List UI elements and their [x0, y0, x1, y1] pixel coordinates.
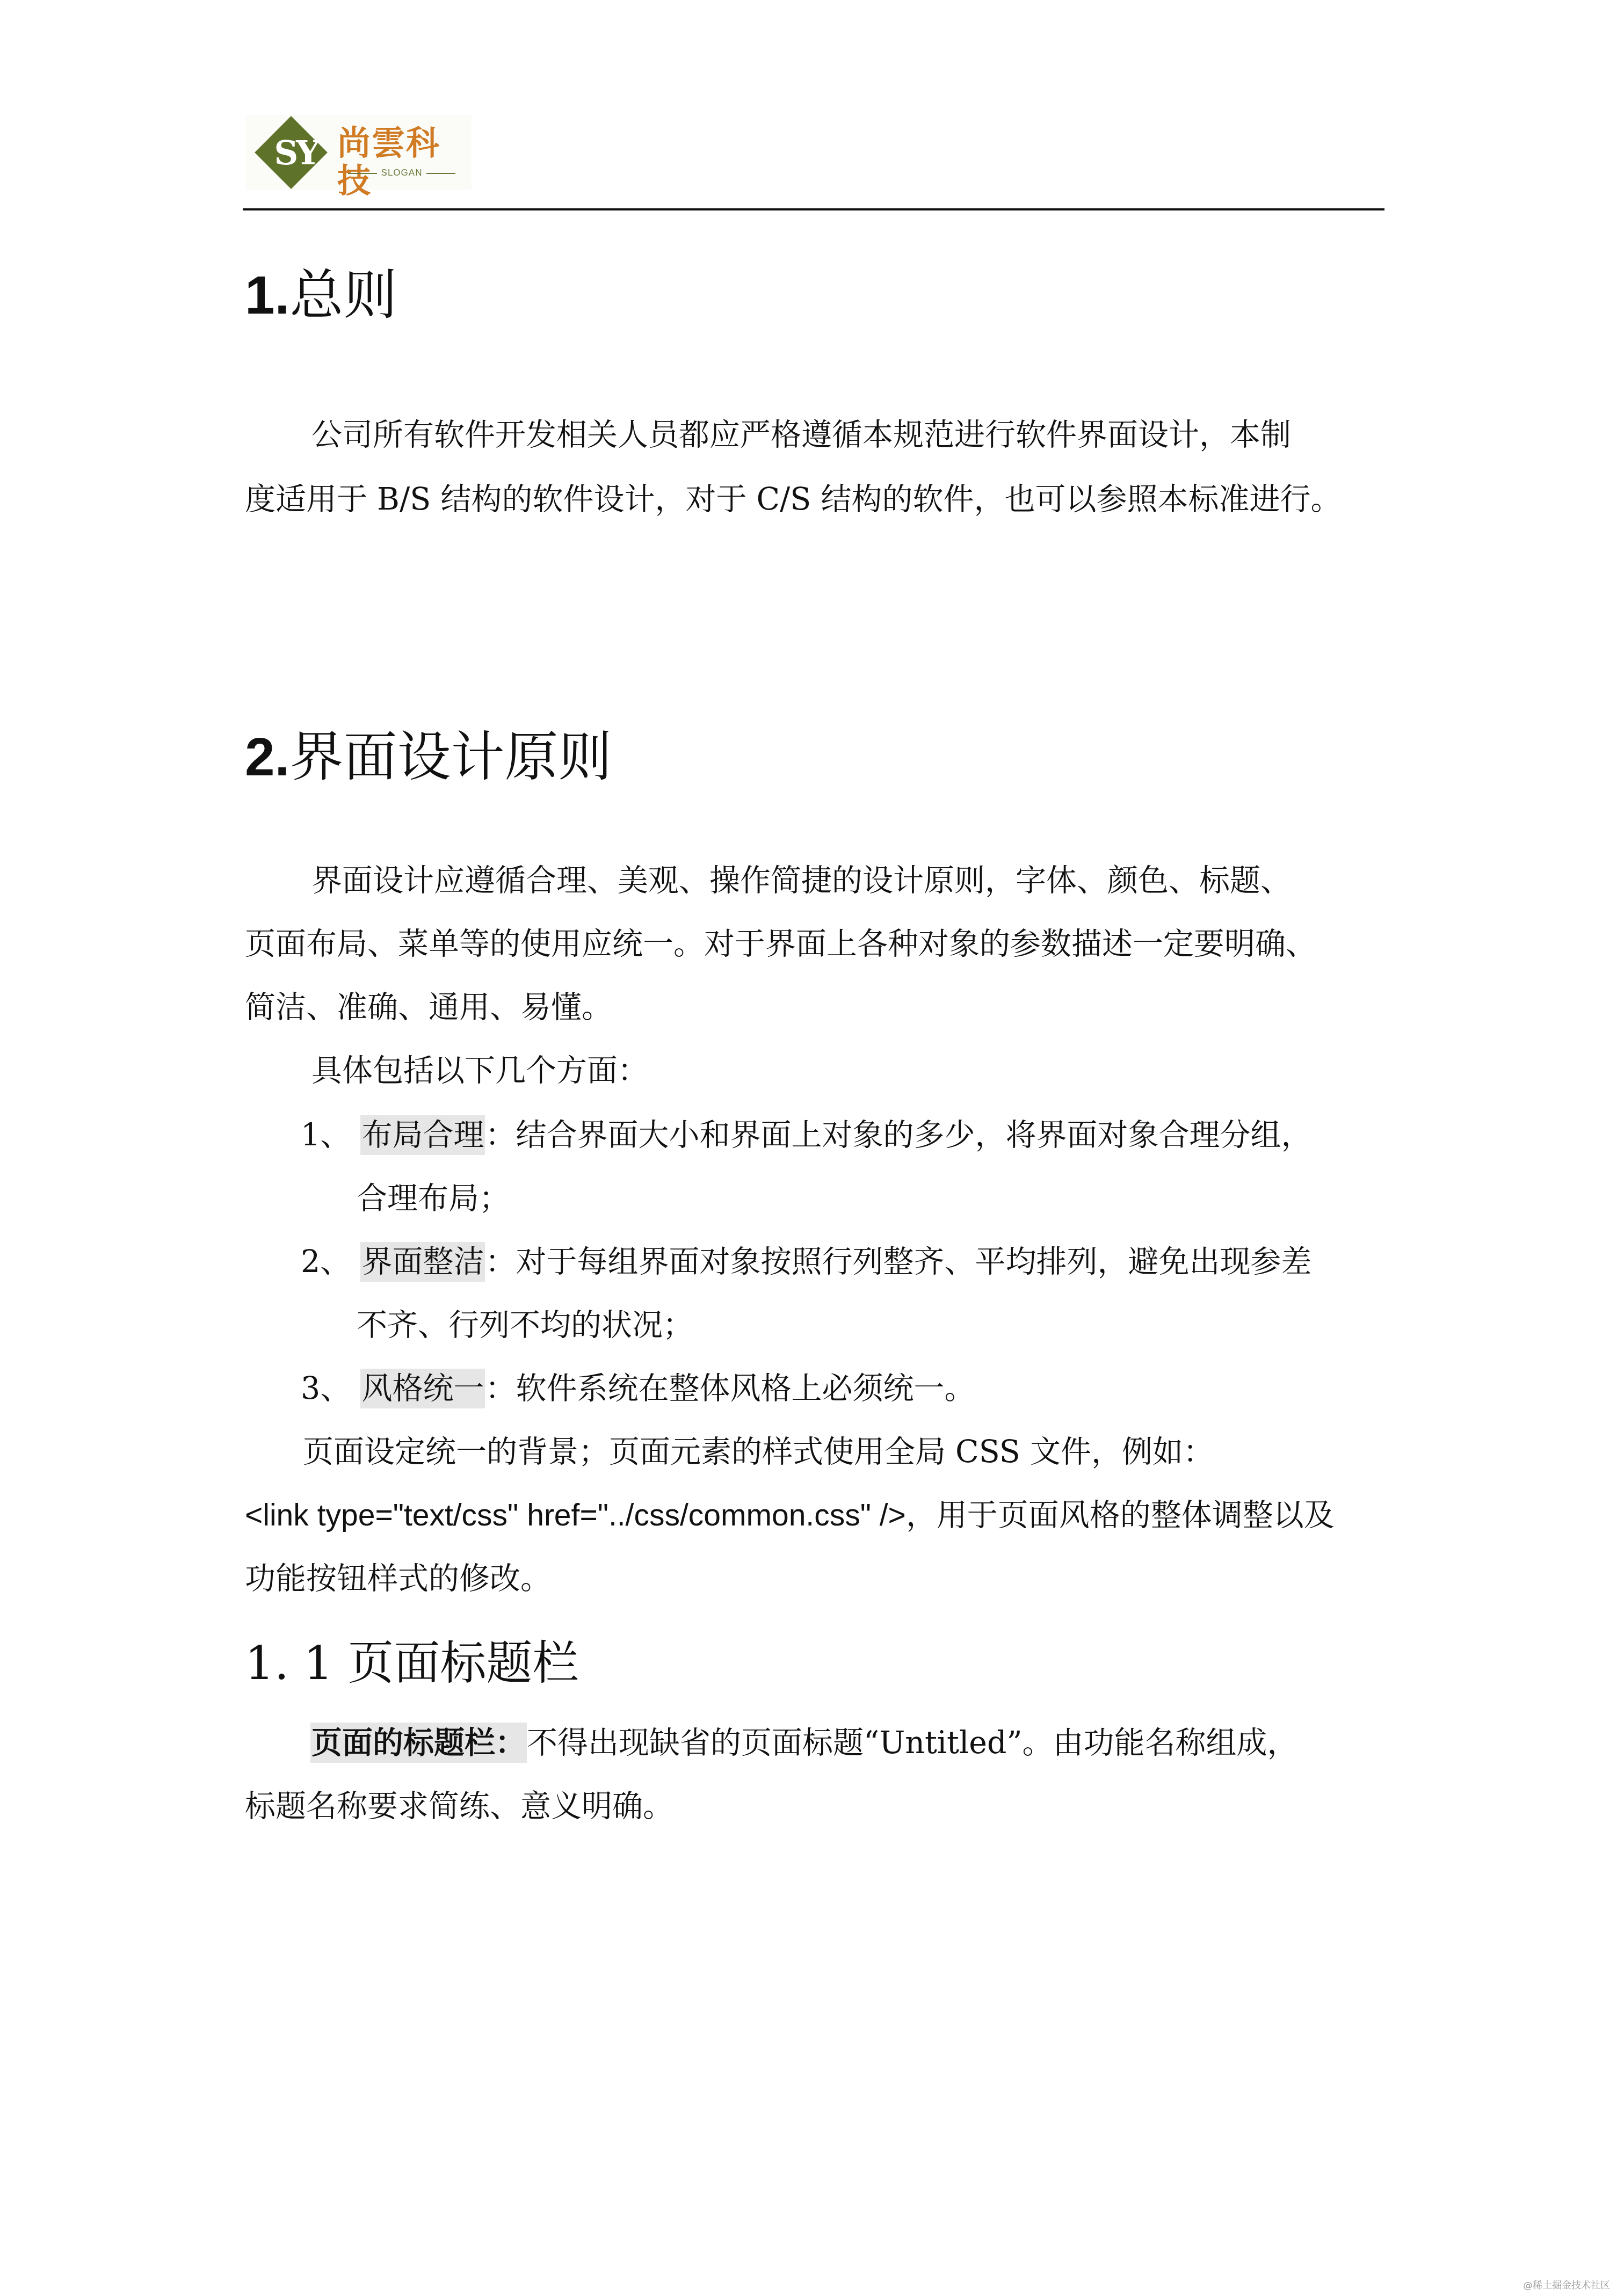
code-snippet: <link type="text/css" href="../css/commo…	[245, 1498, 906, 1532]
section-number: 1.	[245, 265, 289, 325]
list-item-continuation: 合理布局；	[357, 1177, 510, 1220]
list-desc: ：软件系统在整体风格上必须统一。	[485, 1371, 975, 1406]
paragraph-text: 不得出现缺省的页面标题“Untitled”。由功能名称组成，	[527, 1725, 1298, 1761]
term-highlight: 页面的标题栏：	[310, 1723, 527, 1763]
paragraph-line: 功能按钮样式的修改。	[245, 1557, 551, 1600]
paragraph-line: 页面的标题栏：不得出现缺省的页面标题“Untitled”。由功能名称组成，	[310, 1721, 1298, 1764]
watermark: @稀土掘金技术社区	[1523, 2278, 1610, 2292]
logo-mark: SY	[261, 134, 331, 172]
company-logo: SY 尚雲科技 SLOGAN	[246, 115, 472, 190]
section-1-heading: 1.总则	[245, 263, 397, 328]
list-index: 3、	[301, 1371, 351, 1406]
list-term: 界面整洁	[360, 1242, 485, 1282]
section-2-heading: 2.界面设计原则	[245, 725, 612, 789]
document-page: SY 尚雲科技 SLOGAN 1.总则 公司所有软件开发相关人员都应严格遵循本规…	[0, 0, 1624, 2296]
list-item: 2、 界面整洁：对于每组界面对象按照行列整齐、平均排列，避免出现参差	[301, 1240, 1311, 1283]
list-desc: ：结合界面大小和界面上对象的多少，将界面对象合理分组，	[485, 1117, 1311, 1153]
paragraph-text: ，用于页面风格的整体调整以及	[906, 1498, 1335, 1533]
logo-company-name: 尚雲科技	[337, 125, 472, 200]
list-index: 2、	[301, 1244, 351, 1280]
section-title: 总则	[289, 264, 397, 326]
list-item: 3、 风格统一：软件系统在整体风格上必须统一。	[301, 1367, 975, 1410]
paragraph-line: 界面设计应遵循合理、美观、操作简捷的设计原则，字体、颜色、标题、	[311, 859, 1291, 902]
section-title: 界面设计原则	[289, 725, 612, 788]
paragraph-line: 页面布局、菜单等的使用应统一。对于界面上各种对象的参数描述一定要明确、	[245, 922, 1316, 965]
paragraph-line: 简洁、准确、通用、易懂。	[245, 986, 612, 1029]
header-divider	[243, 208, 1384, 210]
list-item-continuation: 不齐、行列不均的状况；	[357, 1304, 693, 1347]
list-term: 布局合理	[360, 1115, 485, 1155]
section-number: 2.	[245, 727, 289, 787]
paragraph-line: 页面设定统一的背景；页面元素的样式使用全局 CSS 文件，例如：	[303, 1430, 1214, 1473]
list-intro: 具体包括以下几个方面：	[311, 1049, 648, 1092]
subsection-title: 页面标题栏	[347, 1637, 578, 1690]
paragraph-line: 公司所有软件开发相关人员都应严格遵循本规范进行软件界面设计，本制	[311, 413, 1291, 456]
paragraph-line: 标题名称要求简练、意义明确。	[245, 1785, 673, 1828]
logo-slogan: SLOGAN	[340, 168, 463, 178]
list-index: 1、	[301, 1117, 351, 1153]
list-item: 1、 布局合理：结合界面大小和界面上对象的多少，将界面对象合理分组，	[301, 1114, 1311, 1157]
paragraph-line: <link type="text/css" href="../css/commo…	[245, 1494, 1335, 1537]
subsection-number: 1. 1	[245, 1637, 333, 1690]
list-term: 风格统一	[360, 1369, 485, 1408]
subsection-heading: 1. 1 页面标题栏	[245, 1637, 578, 1690]
paragraph-line: 度适用于 B/S 结构的软件设计，对于 C/S 结构的软件，也可以参照本标准进行…	[245, 478, 1341, 521]
list-desc: ：对于每组界面对象按照行列整齐、平均排列，避免出现参差	[485, 1244, 1311, 1280]
